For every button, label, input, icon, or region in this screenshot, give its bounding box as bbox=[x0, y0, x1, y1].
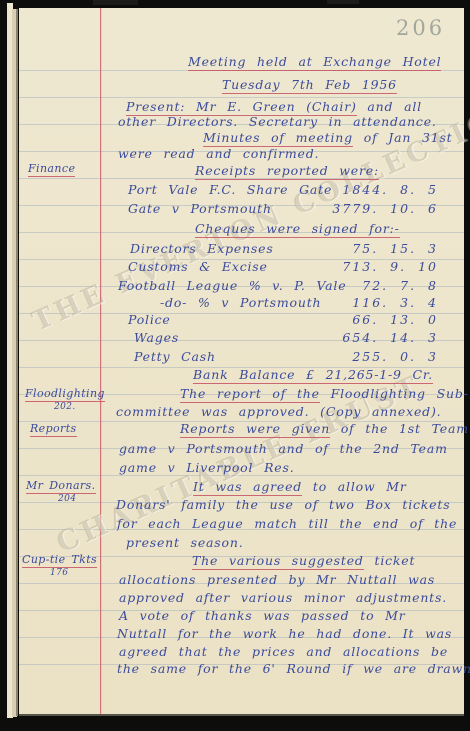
ledger-amount: 713. 9. 10 bbox=[342, 259, 438, 274]
margin-minute-number: 176 bbox=[50, 568, 68, 578]
ledger-row-cheque: Police 66. 13. 0 bbox=[19, 312, 464, 329]
ledger-label: Gate v Portsmouth bbox=[128, 201, 272, 216]
reports-line-3: game v Liverpool Res. bbox=[119, 460, 294, 475]
ledger-amount: 1844. 8. 5 bbox=[342, 182, 438, 197]
ledger-amount: 75. 15. 3 bbox=[352, 241, 438, 256]
present-line: Present: Mr E. Green (Chair) and all bbox=[126, 99, 422, 114]
ledger-label: Petty Cash bbox=[134, 349, 216, 364]
floodlighting-line-1: The report of the Floodlighting Sub- bbox=[180, 386, 469, 401]
margin-minute-number: 202. bbox=[54, 402, 76, 412]
cup-tie-line-5: Nuttall for the work he had done. It was bbox=[117, 626, 452, 641]
page-bottom-edge bbox=[19, 714, 464, 716]
ledger-label: Football League % v. P. Vale bbox=[118, 278, 346, 293]
ledger-amount: 654. 14. 3 bbox=[342, 330, 438, 345]
top-edge-mark bbox=[327, 0, 359, 4]
ledger-label: Police bbox=[128, 312, 171, 327]
margin-note-cup-tie: Cup-tie Tkts bbox=[22, 553, 97, 566]
floodlighting-line-2: committee was approved. (Copy annexed). bbox=[116, 404, 441, 419]
ledger-label: Port Vale F.C. Share Gate bbox=[128, 182, 332, 197]
ledger-amount: 255. 0. 3 bbox=[352, 349, 438, 364]
top-edge-mark bbox=[93, 0, 138, 5]
donars-line-4: present season. bbox=[126, 535, 243, 550]
donars-line-3: for each League match till the end of th… bbox=[117, 516, 457, 531]
donars-line-2: Donars' family the use of two Box ticket… bbox=[116, 497, 450, 512]
ledger-amount: 66. 13. 0 bbox=[352, 312, 438, 327]
binding-crease bbox=[16, 9, 18, 716]
page-number: 206 bbox=[396, 16, 445, 40]
margin-note-finance: Finance bbox=[28, 162, 75, 175]
cup-tie-line-4: A vote of thanks was passed to Mr bbox=[119, 608, 406, 623]
scanned-minute-book-page: { "page_number": "206", "watermark": { "… bbox=[0, 0, 470, 731]
bank-balance-line: Bank Balance £ 21,265-1-9 Cr. bbox=[193, 367, 433, 382]
minutes-line: Minutes of meeting of Jan 31st bbox=[203, 130, 453, 145]
margin-note-floodlighting: Floodlighting bbox=[25, 387, 105, 400]
ledger-row-cheque: Customs & Excise 713. 9. 10 bbox=[19, 259, 464, 276]
ledger-label: Wages bbox=[134, 330, 179, 345]
margin-note-donars: Mr Donars. bbox=[26, 479, 96, 492]
meeting-date-line: Tuesday 7th Feb 1956 bbox=[222, 77, 397, 92]
ledger-row-cheque: Football League % v. P. Vale 72. 7. 8 bbox=[19, 278, 464, 295]
ledger-label: Customs & Excise bbox=[128, 259, 268, 274]
ledger-label: -do- % v Portsmouth bbox=[160, 295, 321, 310]
ledger-amount: 3779. 10. 6 bbox=[332, 201, 438, 216]
ledger-row-cheque: -do- % v Portsmouth 116. 3. 4 bbox=[19, 295, 464, 312]
reports-line-1: Reports were given of the 1st Team bbox=[180, 421, 469, 436]
receipts-heading: Receipts reported were: bbox=[195, 163, 379, 178]
cup-tie-line-6: agreed that the prices and allocations b… bbox=[119, 644, 448, 659]
ledger-row-cheque: Directors Expenses 75. 15. 3 bbox=[19, 241, 464, 258]
cup-tie-line-3: approved after various minor adjustments… bbox=[119, 590, 447, 605]
ledger-amount: 116. 3. 4 bbox=[352, 295, 438, 310]
ledger-row-cheque: Petty Cash 255. 0. 3 bbox=[19, 349, 464, 366]
donars-line-1: It was agreed to allow Mr bbox=[193, 479, 407, 494]
ledger-amount: 72. 7. 8 bbox=[362, 278, 438, 293]
meeting-title-line: Meeting held at Exchange Hotel bbox=[188, 54, 441, 69]
cup-tie-line-1: The various suggested ticket bbox=[192, 553, 415, 568]
reports-line-2: game v Portsmouth and of the 2nd Team bbox=[119, 441, 448, 456]
margin-note-reports: Reports bbox=[30, 422, 77, 435]
ledger-row-cheque: Wages 654. 14. 3 bbox=[19, 330, 464, 347]
margin-minute-number: 204 bbox=[58, 494, 76, 504]
ledger-row-receipt: Gate v Portsmouth 3779. 10. 6 bbox=[19, 201, 464, 218]
ledger-label: Directors Expenses bbox=[130, 241, 274, 256]
ledger-row-receipt: Port Vale F.C. Share Gate 1844. 8. 5 bbox=[19, 182, 464, 199]
cup-tie-line-2: allocations presented by Mr Nuttall was bbox=[119, 572, 435, 587]
attendance-line: other Directors. Secretary in attendance… bbox=[118, 114, 437, 129]
cup-tie-line-7: the same for the 6' Round if we are draw… bbox=[117, 661, 470, 676]
confirmed-line: were read and confirmed. bbox=[118, 146, 319, 161]
cheques-heading: Cheques were signed for:- bbox=[195, 221, 400, 236]
